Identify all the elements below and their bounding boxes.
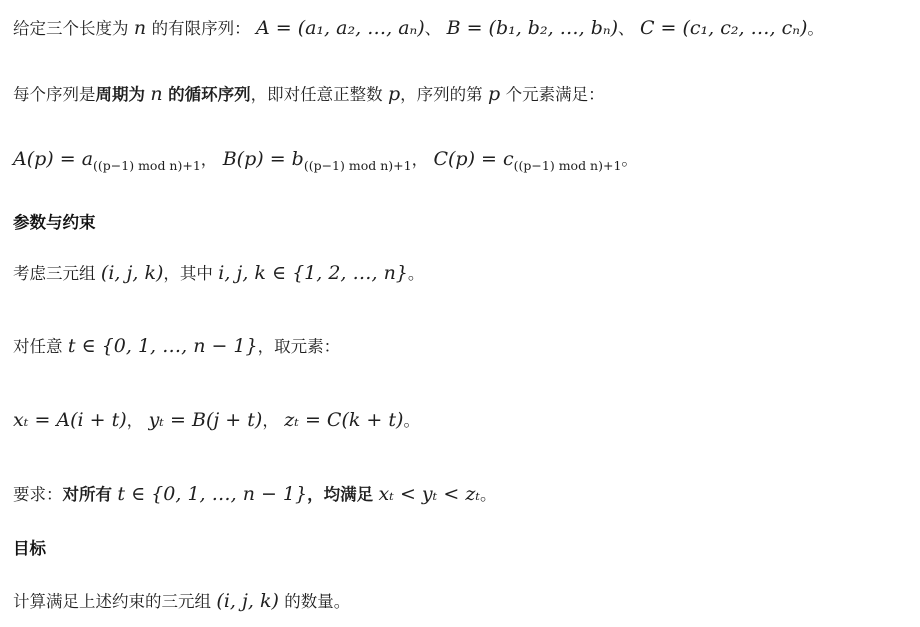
- t-domain-line: 对任意 t ∈ {0, 1, …, n − 1}，取元素：: [13, 334, 340, 359]
- goal-prefix: 计算满足上述约束的三元组: [13, 592, 211, 611]
- separator: ，: [412, 150, 429, 169]
- separator: ，: [127, 411, 144, 430]
- formula-a: A(p) = a: [13, 148, 93, 170]
- intro-line: 给定三个长度为 n 的有限序列： A = (a₁, a₂, …, aₙ)、 B …: [13, 16, 824, 41]
- periodic-mid: ，即对任意正整数: [251, 85, 383, 104]
- var-n: n: [134, 17, 146, 39]
- requirement-domain: t ∈ {0, 1, …, n − 1}: [117, 483, 307, 505]
- formula-b-subscript: ((p−1) mod n)+1: [304, 158, 412, 173]
- separator: 、: [425, 19, 442, 38]
- triple-line: 考虑三元组 (i, j, k)，其中 i, j, k ∈ {1, 2, …, n…: [13, 261, 424, 286]
- sequence-b-definition: B = (b₁, b₂, …, bₙ): [447, 17, 618, 39]
- formula-c: C(p) = c: [433, 148, 513, 170]
- t-domain: t ∈ {0, 1, …, n − 1}: [68, 335, 258, 357]
- t-text: 对任意: [13, 337, 63, 356]
- periodic-bold-1: 周期为: [96, 85, 146, 104]
- goal-end: 的数量。: [284, 592, 350, 611]
- z-definition: zₜ = C(k + t): [284, 409, 403, 431]
- section-heading-goal: 目标: [13, 537, 46, 561]
- xyz-definition-line: xₜ = A(i + t)， yₜ = B(j + t)， zₜ = C(k +…: [13, 408, 420, 433]
- formula-c-subscript: ((p−1) mod n)+1: [514, 158, 622, 173]
- intro-text-mid: 的有限序列：: [152, 19, 251, 38]
- periodic-prefix: 每个序列是: [13, 85, 96, 104]
- requirement-bold-2: ，均满足: [307, 485, 373, 504]
- requirement-bold-1: 对所有: [63, 485, 113, 504]
- x-definition: xₜ = A(i + t): [13, 409, 127, 431]
- y-definition: yₜ = B(j + t): [149, 409, 263, 431]
- requirement-inequality: xₜ < yₜ < zₜ: [379, 483, 481, 505]
- goal-triple: (i, j, k): [216, 590, 278, 612]
- section-heading-constraints: 参数与约束: [13, 211, 96, 235]
- requirement-label: 要求：: [13, 485, 63, 504]
- separator: 、: [618, 19, 635, 38]
- requirement-line: 要求：对所有 t ∈ {0, 1, …, n − 1}，均满足 xₜ < yₜ …: [13, 482, 497, 507]
- formula-b: B(p) = b: [223, 148, 304, 170]
- sequence-c-definition: C = (c₁, c₂, …, cₙ): [640, 17, 807, 39]
- periodic-mid2: ，序列的第: [400, 85, 483, 104]
- intro-text-prefix: 给定三个长度为: [13, 19, 129, 38]
- formula-a-subscript: ((p−1) mod n)+1: [93, 158, 201, 173]
- triple-domain: i, j, k ∈ {1, 2, …, n}: [218, 262, 408, 284]
- where-text: ，其中: [163, 264, 213, 283]
- sequence-a-definition: A = (a₁, a₂, …, aₙ): [256, 17, 425, 39]
- periodic-line: 每个序列是周期为 n 的循环序列，即对任意正整数 p，序列的第 p 个元素满足：: [13, 82, 605, 107]
- period: 。: [621, 150, 638, 169]
- t-end: ，取元素：: [258, 337, 341, 356]
- period: 。: [408, 264, 425, 283]
- var-n: n: [150, 83, 162, 105]
- var-p: p: [488, 83, 500, 105]
- period: 。: [480, 485, 497, 504]
- goal-line: 计算满足上述约束的三元组 (i, j, k) 的数量。: [13, 589, 350, 614]
- period: 。: [807, 19, 824, 38]
- triple-ijk: (i, j, k): [101, 262, 163, 284]
- separator: ，: [201, 150, 218, 169]
- period: 。: [403, 411, 420, 430]
- separator: ，: [262, 411, 279, 430]
- periodic-end: 个元素满足：: [506, 85, 605, 104]
- formula-line: A(p) = a((p−1) mod n)+1， B(p) = b((p−1) …: [13, 147, 638, 178]
- var-p: p: [388, 83, 400, 105]
- triple-text: 考虑三元组: [13, 264, 96, 283]
- periodic-bold-2: 的循环序列: [168, 85, 251, 104]
